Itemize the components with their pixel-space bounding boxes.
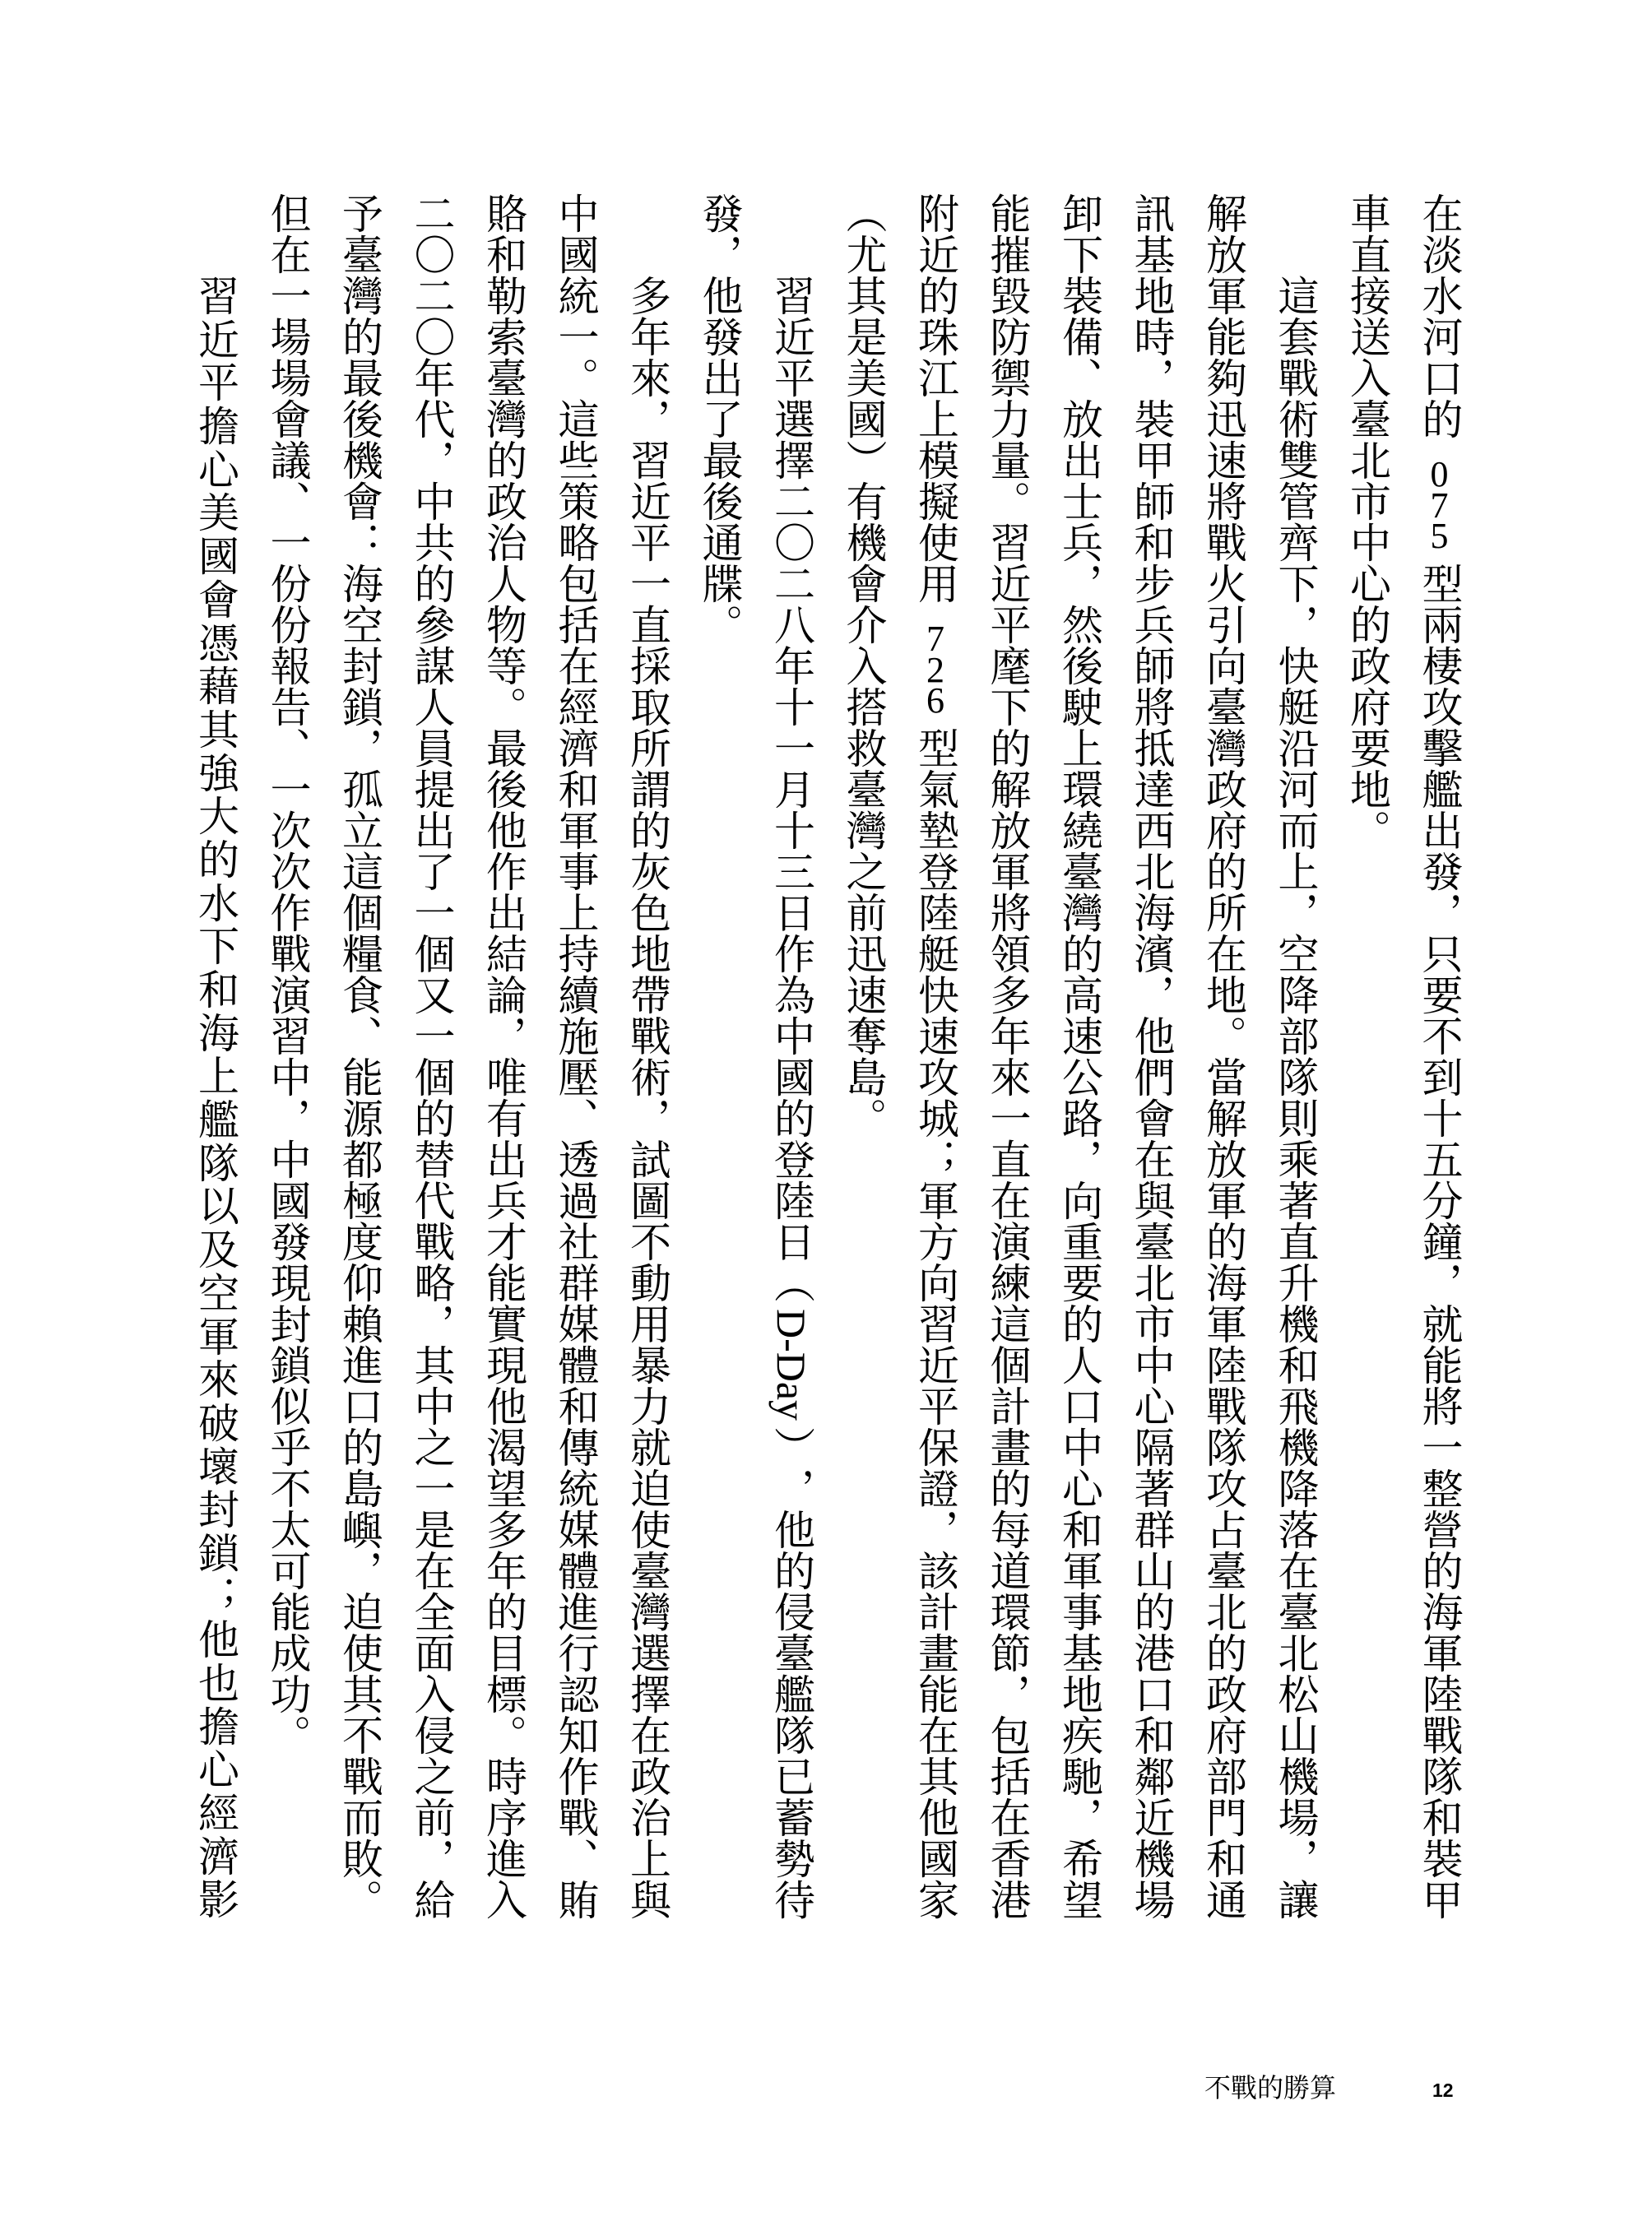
- glyph: 灣: [339, 275, 380, 316]
- glyph: 蓄: [771, 1797, 812, 1838]
- glyph: 都: [339, 1138, 380, 1180]
- glyph: 賄: [555, 1879, 596, 1920]
- glyph: 選: [771, 398, 812, 439]
- glyph: 抵: [1131, 727, 1172, 768]
- glyph: 直: [987, 1138, 1028, 1180]
- glyph: 戰: [555, 1797, 596, 1838]
- glyph: 後: [483, 768, 524, 809]
- glyph: 飛: [1275, 1385, 1316, 1426]
- glyph: 影: [195, 1878, 236, 1919]
- glyph: 最: [699, 439, 740, 480]
- glyph: 香: [987, 1838, 1028, 1879]
- glyph: 通: [699, 522, 740, 563]
- glyph: 陸: [771, 1180, 812, 1221]
- glyph: 嶼: [339, 1509, 380, 1550]
- glyph: 將: [1131, 686, 1172, 727]
- glyph: 能: [483, 1262, 524, 1303]
- glyph: 群: [555, 1262, 596, 1303]
- glyph: 鐘: [1419, 1221, 1460, 1262]
- glyph: 管: [1275, 480, 1316, 522]
- glyph: 前: [843, 892, 884, 933]
- glyph: 節: [987, 1632, 1028, 1673]
- glyph: ，: [339, 727, 380, 768]
- glyph: 軍: [1419, 1632, 1460, 1673]
- glyph: 著: [1131, 1468, 1172, 1509]
- glyph: 渴: [483, 1426, 524, 1468]
- glyph: 與: [627, 1879, 668, 1920]
- glyph: 基: [1131, 234, 1172, 275]
- glyph: 一: [411, 1015, 452, 1056]
- glyph: 送: [1347, 316, 1388, 357]
- glyph: 水: [1419, 275, 1460, 316]
- glyph: 戰: [1275, 357, 1316, 398]
- glyph: 畫: [915, 1632, 956, 1673]
- glyph: 的: [1203, 1632, 1244, 1673]
- glyph: 臺: [1347, 398, 1388, 439]
- glyph: 濱: [1131, 933, 1172, 974]
- glyph: 棲: [1419, 645, 1460, 686]
- glyph: 治: [627, 1797, 668, 1838]
- glyph: 十: [1419, 1097, 1460, 1138]
- glyph: 政: [483, 480, 524, 522]
- glyph: ；: [195, 1575, 236, 1616]
- glyph: 心: [1059, 1468, 1100, 1509]
- glyph: 了: [699, 398, 740, 439]
- glyph: 速: [843, 974, 884, 1015]
- glyph: 這: [339, 851, 380, 892]
- glyph: 能: [1203, 316, 1244, 357]
- glyph: 摧: [987, 234, 1028, 275]
- glyph: 放: [1059, 398, 1100, 439]
- glyph: 快: [1275, 645, 1316, 686]
- glyph: 二: [411, 192, 452, 234]
- glyph: 師: [1131, 645, 1172, 686]
- text-column-8: 附近的珠江上模擬使用 726 型氣墊登陸艇快速攻城；軍方向習近平保證，該計畫能在…: [899, 192, 972, 1920]
- glyph: 食: [339, 974, 380, 1015]
- glyph: 作: [267, 892, 309, 933]
- glyph: 的: [771, 1550, 812, 1591]
- glyph: 畫: [987, 1426, 1028, 1468]
- glyph: 向: [1203, 645, 1244, 686]
- glyph: 及: [195, 1228, 236, 1269]
- glyph: 其: [411, 1344, 452, 1385]
- glyph: 習: [627, 439, 668, 480]
- glyph: ，: [987, 1673, 1028, 1714]
- glyph: 放: [1203, 234, 1244, 275]
- glyph: 了: [411, 851, 452, 892]
- glyph: 論: [483, 974, 524, 1015]
- glyph: 等: [483, 645, 524, 686]
- glyph: 。: [699, 604, 740, 645]
- glyph: 圖: [627, 1180, 668, 1221]
- glyph: 疾: [1059, 1714, 1100, 1755]
- glyph: 十: [771, 809, 812, 851]
- glyph: 來: [627, 357, 668, 398]
- glyph: 擇: [627, 1673, 668, 1714]
- glyph: 練: [987, 1262, 1028, 1303]
- glyph: 臺: [1131, 1221, 1172, 1262]
- glyph: 的: [1059, 933, 1100, 974]
- text-column-6: 卸下裝備、放出士兵，然後駛上環繞臺灣的高速公路，向重要的人口中心和軍事基地疾馳，…: [1043, 192, 1116, 1920]
- glyph: 二: [411, 275, 452, 316]
- glyph: 戰: [627, 1015, 668, 1056]
- glyph: 封: [267, 1303, 309, 1344]
- glyph: 要: [1347, 727, 1388, 768]
- glyph: 齊: [1275, 522, 1316, 563]
- glyph: ，: [339, 1550, 380, 1591]
- text-column-2: 車直接送入臺北市中心的政府要地。: [1331, 192, 1404, 1920]
- glyph: 和: [1275, 1344, 1316, 1385]
- glyph: 方: [915, 1221, 956, 1262]
- glyph: 重: [1059, 1221, 1100, 1262]
- glyph: 出: [1059, 439, 1100, 480]
- glyph: 仰: [339, 1262, 380, 1303]
- glyph: 取: [627, 686, 668, 727]
- glyph: 中: [1059, 1426, 1100, 1468]
- glyph: ，: [1131, 974, 1172, 1015]
- glyph: 統: [555, 275, 596, 316]
- glyph: ：: [339, 522, 380, 563]
- glyph: 能: [915, 1673, 956, 1714]
- glyph: 作: [555, 1755, 596, 1797]
- glyph: 整: [1419, 1468, 1460, 1509]
- text-column-17: 但在一場場會議、一份份報告、一次次作戰演習中，中國發現封鎖似乎不太可能成功。: [252, 192, 324, 1920]
- glyph: 暴: [627, 1344, 668, 1385]
- glyph: 出: [483, 1138, 524, 1180]
- glyph: 使: [627, 1509, 668, 1550]
- glyph: 尤: [843, 234, 884, 275]
- glyph: 來: [987, 1056, 1028, 1097]
- glyph: 型: [1419, 563, 1460, 604]
- glyph: 會: [843, 563, 884, 604]
- glyph: 、: [267, 480, 309, 522]
- glyph: 份: [267, 563, 309, 604]
- glyph: 一: [267, 522, 309, 563]
- glyph: 場: [267, 316, 309, 357]
- glyph: 動: [627, 1262, 668, 1303]
- glyph: 進: [483, 1838, 524, 1879]
- glyph: 北: [1131, 1262, 1172, 1303]
- glyph: 場: [1131, 1879, 1172, 1920]
- glyph: 登: [915, 851, 956, 892]
- glyph: 用: [627, 1303, 668, 1344]
- glyph: 戰: [1203, 1385, 1244, 1426]
- glyph: 臺: [1275, 1591, 1316, 1632]
- glyph: 讓: [1275, 1879, 1316, 1920]
- glyph: 奪: [843, 1015, 884, 1056]
- glyph: 三: [771, 851, 812, 892]
- glyph: 能: [987, 192, 1028, 234]
- glyph: 鄰: [1131, 1755, 1172, 1797]
- glyph: 群: [1131, 1509, 1172, 1550]
- glyph: 鎖: [339, 686, 380, 727]
- glyph: 八: [771, 604, 812, 645]
- glyph: 灣: [1059, 892, 1100, 933]
- glyph: 序: [483, 1797, 524, 1838]
- glyph: 但: [267, 192, 309, 234]
- glyph: 就: [1419, 1303, 1460, 1344]
- glyph: 墊: [915, 809, 956, 851]
- glyph: 習: [987, 522, 1028, 563]
- glyph: 兩: [1419, 604, 1460, 645]
- glyph: 駛: [1059, 686, 1100, 727]
- glyph: 能: [267, 1591, 309, 1632]
- glyph: 媒: [555, 1509, 596, 1550]
- glyph: 甲: [1131, 439, 1172, 480]
- glyph: 水: [195, 882, 236, 923]
- glyph: 的: [1131, 1591, 1172, 1632]
- glyph: 不: [267, 1468, 309, 1509]
- glyph: 勒: [483, 275, 524, 316]
- glyph: 望: [1059, 1879, 1100, 1920]
- glyph: 引: [1203, 604, 1244, 645]
- glyph: 的: [339, 1426, 380, 1468]
- glyph: 河: [1275, 768, 1316, 809]
- glyph: 向: [915, 1262, 956, 1303]
- glyph: 解: [987, 768, 1028, 809]
- glyph: 高: [1059, 974, 1100, 1015]
- glyph: 領: [987, 933, 1028, 974]
- glyph: 也: [195, 1662, 236, 1703]
- glyph: 而: [339, 1797, 380, 1838]
- text-column-5: 訊基地時，裝甲師和步兵師將抵達西北海濱，他們會在與臺北市中心隔著群山的港口和鄰近…: [1116, 192, 1188, 1920]
- glyph: 解: [1203, 1097, 1244, 1138]
- glyph: 海: [339, 563, 380, 604]
- glyph: 國: [267, 1180, 309, 1221]
- glyph: ，: [411, 1838, 452, 1879]
- glyph: 極: [339, 1180, 380, 1221]
- glyph: 迫: [339, 1591, 380, 1632]
- glyph: 多: [483, 1509, 524, 1550]
- glyph: 前: [411, 1797, 452, 1838]
- glyph: 機: [1131, 1838, 1172, 1879]
- glyph: 。: [555, 357, 596, 398]
- glyph: 上: [915, 398, 956, 439]
- glyph: 治: [483, 522, 524, 563]
- text-column-7: 能摧毀防禦力量。習近平麾下的解放軍將領多年來一直在演練這個計畫的每道環節，包括在…: [972, 192, 1044, 1920]
- glyph: 年: [627, 316, 668, 357]
- glyph: 海: [1419, 1591, 1460, 1632]
- glyph: 下: [195, 925, 236, 966]
- glyph: 賴: [339, 1303, 380, 1344]
- glyph: 政: [1203, 768, 1244, 809]
- glyph: 。: [483, 686, 524, 727]
- glyph: 實: [483, 1303, 524, 1344]
- glyph: 的: [195, 838, 236, 879]
- glyph: 戰: [267, 933, 309, 974]
- glyph: 灣: [1203, 727, 1244, 768]
- glyph: 濟: [195, 1835, 236, 1876]
- glyph: 略: [555, 522, 596, 563]
- glyph: 要: [1419, 974, 1460, 1015]
- glyph: 下: [987, 686, 1028, 727]
- glyph: 繞: [1059, 809, 1100, 851]
- glyph: 的: [411, 563, 452, 604]
- glyph: 心: [195, 1748, 236, 1789]
- glyph: 一: [771, 727, 812, 768]
- glyph: 口: [339, 1385, 380, 1426]
- glyph: 而: [1275, 809, 1316, 851]
- glyph: 結: [483, 933, 524, 974]
- glyph: 入: [411, 1673, 452, 1714]
- glyph: 西: [1131, 809, 1172, 851]
- glyph: 鎖: [195, 1532, 236, 1573]
- glyph: 島: [339, 1468, 380, 1509]
- glyph: 艇: [1275, 686, 1316, 727]
- glyph: 過: [555, 1180, 596, 1221]
- glyph: 最: [339, 357, 380, 398]
- glyph: 發: [1419, 851, 1460, 892]
- glyph: 其: [195, 708, 236, 749]
- glyph: 一: [627, 563, 668, 604]
- glyph: 濟: [555, 727, 596, 768]
- glyph: 口: [1419, 357, 1460, 398]
- glyph: 入: [843, 645, 884, 686]
- glyph: 又: [411, 974, 452, 1015]
- glyph: 社: [555, 1221, 596, 1262]
- glyph: 迅: [843, 933, 884, 974]
- glyph: 中: [771, 1015, 812, 1056]
- glyph: 中: [267, 1056, 309, 1097]
- glyph: 證: [915, 1468, 956, 1509]
- glyph: 平: [195, 361, 236, 402]
- glyph: 政: [627, 1755, 668, 1797]
- glyph: 口: [1131, 1673, 1172, 1714]
- text-column-9: （尤其是美國）有機會介入搭救臺灣之前迅速奪島。: [828, 192, 900, 1920]
- glyph: ，: [1059, 1138, 1100, 1180]
- glyph: 使: [339, 1632, 380, 1673]
- glyph: 近: [987, 563, 1028, 604]
- glyph: 擊: [1419, 727, 1460, 768]
- glyph: 之: [411, 1426, 452, 1468]
- glyph: 個: [411, 1056, 452, 1097]
- glyph: 近: [1131, 1797, 1172, 1838]
- glyph: 艇: [915, 933, 956, 974]
- glyph: 中: [1347, 522, 1388, 563]
- glyph: 近: [915, 1344, 956, 1385]
- glyph: 部: [1275, 1015, 1316, 1056]
- glyph: 國: [915, 1838, 956, 1879]
- glyph: 封: [339, 645, 380, 686]
- glyph: 二: [771, 480, 812, 522]
- glyph: 索: [483, 316, 524, 357]
- glyph: 國: [771, 1056, 812, 1097]
- glyph: 在: [1419, 192, 1460, 234]
- glyph: 府: [1203, 1714, 1244, 1755]
- glyph: 他: [483, 809, 524, 851]
- glyph: 謂: [627, 768, 668, 809]
- glyph: 和: [1131, 522, 1172, 563]
- glyph: 的: [1347, 604, 1388, 645]
- glyph: 乘: [1275, 1138, 1316, 1180]
- glyph: 出: [411, 809, 452, 851]
- glyph: 的: [411, 1097, 452, 1138]
- glyph: 機: [1275, 1426, 1316, 1468]
- glyph: 希: [1059, 1838, 1100, 1879]
- glyph: 軍: [555, 809, 596, 851]
- glyph: 經: [195, 1792, 236, 1833]
- glyph: 給: [411, 1879, 452, 1920]
- glyph: 救: [843, 727, 884, 768]
- glyph: 括: [987, 1755, 1028, 1797]
- glyph: ，: [1275, 604, 1316, 645]
- glyph: 可: [267, 1550, 309, 1591]
- text-column-12: 多年來，習近平一直採取所謂的灰色地帶戰術，試圖不動用暴力就迫使臺灣選擇在政治上與: [611, 192, 684, 1920]
- body-text: 在淡水河口的 075 型兩棲攻擊艦出發，只要不到十五分鐘，就能將一整營的海軍陸戰…: [179, 192, 1475, 1920]
- glyph: 傳: [555, 1426, 596, 1468]
- glyph: 河: [1419, 316, 1460, 357]
- text-column-16: 予臺灣的最後機會：海空封鎖，孤立這個糧食、能源都極度仰賴進口的島嶼，迫使其不戰而…: [323, 192, 396, 1920]
- glyph: ；: [915, 1138, 956, 1180]
- glyph: 珠: [915, 316, 956, 357]
- glyph: 國: [555, 234, 596, 275]
- glyph: ，: [1419, 892, 1460, 933]
- glyph: 備: [1059, 316, 1100, 357]
- glyph: ，: [267, 1097, 309, 1138]
- glyph: 江: [915, 357, 956, 398]
- glyph: 有: [483, 1097, 524, 1138]
- glyph: 面: [411, 1632, 452, 1673]
- glyph: 以: [195, 1185, 236, 1226]
- glyph: 上: [1275, 851, 1316, 892]
- glyph: 就: [627, 1426, 668, 1468]
- glyph: 其: [915, 1755, 956, 1797]
- glyph: 車: [1347, 192, 1388, 234]
- glyph: 沿: [1275, 727, 1316, 768]
- glyph: 策: [555, 480, 596, 522]
- glyph: 6: [915, 685, 956, 716]
- glyph: 發: [699, 316, 740, 357]
- glyph: 速: [1203, 439, 1244, 480]
- glyph: 達: [1131, 768, 1172, 809]
- glyph: 艦: [771, 1673, 812, 1714]
- glyph: 一: [987, 1097, 1028, 1138]
- glyph: 平: [771, 357, 812, 398]
- glyph: 、: [267, 727, 309, 768]
- glyph: 藉: [195, 665, 236, 706]
- glyph: 氣: [915, 768, 956, 809]
- glyph: 、: [555, 1838, 596, 1879]
- glyph: 用: [915, 563, 956, 604]
- glyph: 禦: [987, 357, 1028, 398]
- glyph: 和: [1419, 1797, 1460, 1838]
- glyph: 海: [1203, 1262, 1244, 1303]
- glyph: 城: [915, 1097, 956, 1138]
- glyph: 、: [339, 1015, 380, 1056]
- glyph: 灣: [483, 398, 524, 439]
- glyph: 要: [1059, 1262, 1100, 1303]
- glyph: 海: [1131, 892, 1172, 933]
- glyph: ，: [411, 1303, 452, 1344]
- glyph: 來: [195, 1358, 236, 1399]
- glyph: 國: [195, 535, 236, 576]
- glyph: 代: [411, 398, 452, 439]
- glyph: 艦: [1419, 768, 1460, 809]
- glyph: 會: [267, 398, 309, 439]
- glyph: 空: [339, 604, 380, 645]
- glyph: 糧: [339, 933, 380, 974]
- glyph: 隊: [1419, 1755, 1460, 1797]
- glyph: 攻: [1419, 686, 1460, 727]
- glyph: 府: [1347, 686, 1388, 727]
- glyph: 人: [1059, 1344, 1100, 1385]
- glyph: 解: [1203, 192, 1244, 234]
- glyph: 度: [339, 1221, 380, 1262]
- glyph: 太: [267, 1509, 309, 1550]
- glyph: 雙: [1275, 439, 1316, 480]
- glyph: 習: [195, 275, 236, 316]
- glyph: 國: [843, 398, 884, 439]
